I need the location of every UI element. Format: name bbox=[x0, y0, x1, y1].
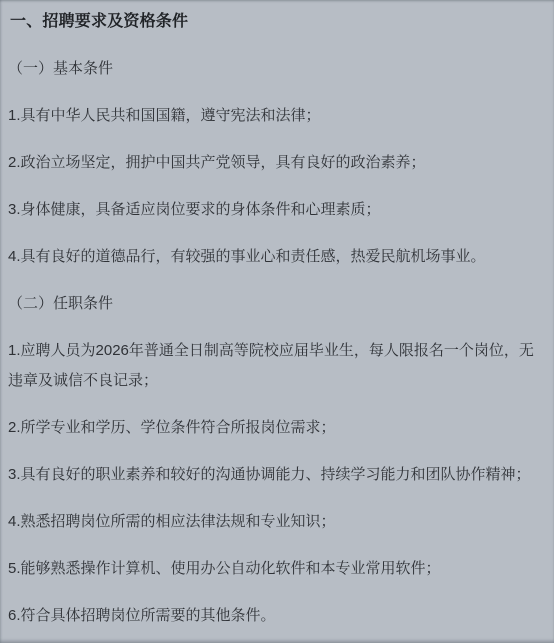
condition-item: 5.能够熟悉操作计算机、使用办公自动化软件和本专业常用软件； bbox=[8, 554, 548, 584]
condition-item: 1.应聘人员为2026年普通全日制高等院校应届毕业生，每人限报名一个岗位，无违章… bbox=[8, 336, 548, 396]
condition-item: 2.政治立场坚定，拥护中国共产党领导，具有良好的政治素养； bbox=[8, 148, 548, 178]
section-subheading-basic-conditions: （一）基本条件 bbox=[8, 54, 548, 84]
condition-item: 3.身体健康，具备适应岗位要求的身体条件和心理素质； bbox=[8, 195, 548, 225]
condition-item: 6.符合具体招聘岗位所需要的其他条件。 bbox=[8, 601, 548, 631]
recruitment-notice-document: 一、招聘要求及资格条件 （一）基本条件 1.具有中华人民共和国国籍，遵守宪法和法… bbox=[0, 0, 554, 643]
condition-item: 4.具有良好的道德品行，有较强的事业心和责任感，热爱民航机场事业。 bbox=[8, 242, 548, 272]
document-heading: 一、招聘要求及资格条件 bbox=[10, 7, 548, 37]
condition-item: 1.具有中华人民共和国国籍，遵守宪法和法律； bbox=[8, 101, 548, 131]
condition-item: 3.具有良好的职业素养和较好的沟通协调能力、持续学习能力和团队协作精神； bbox=[8, 460, 548, 490]
section-subheading-job-conditions: （二）任职条件 bbox=[8, 289, 548, 319]
condition-item: 4.熟悉招聘岗位所需的相应法律法规和专业知识； bbox=[8, 507, 548, 537]
condition-item: 2.所学专业和学历、学位条件符合所报岗位需求； bbox=[8, 413, 548, 443]
